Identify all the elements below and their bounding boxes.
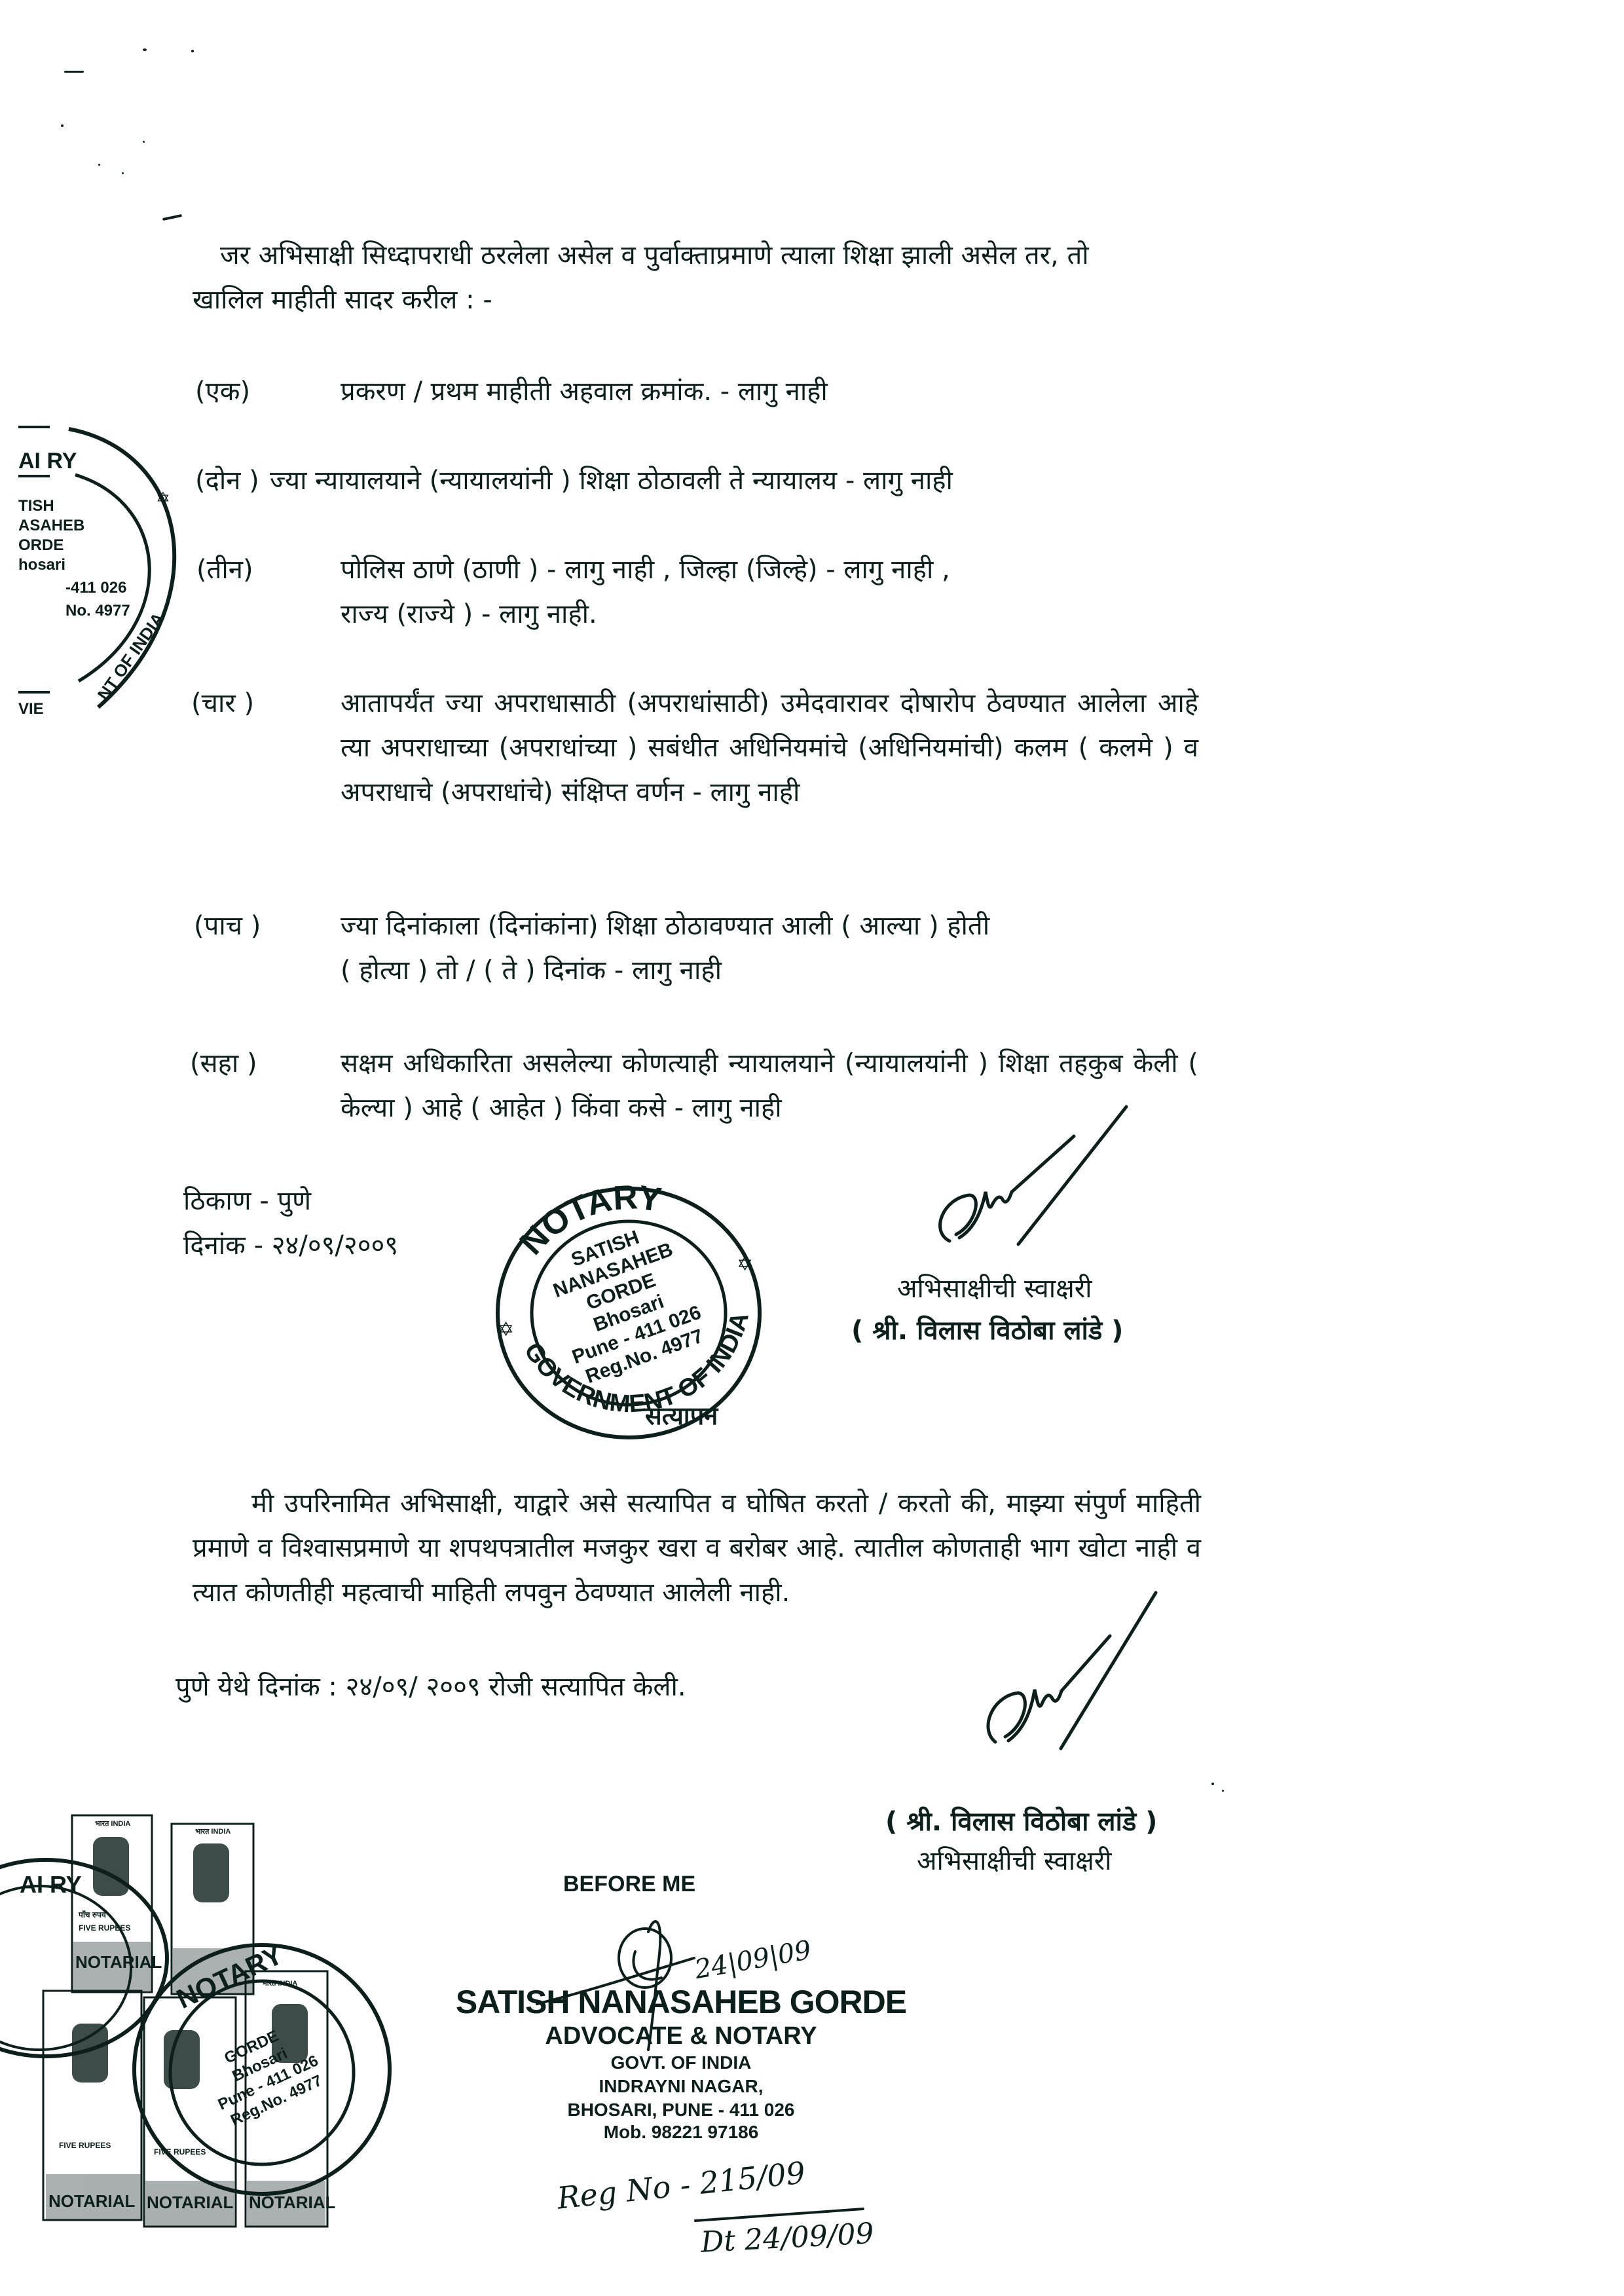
seal-fragment-text: AI RY [18,449,77,473]
clause-text-line-2: राज्य (राज्ये ) - लागु नाही. [341,592,597,637]
intro-line-2: खालिल माहीती सादर करील : - [193,278,492,322]
clause-text: प्रकरण / प्रथम माहीती अहवाल क्रमांक. - ल… [341,369,828,414]
clause-text: आतापर्यंत ज्या अपराधासाठी (अपराधांसाठी) … [341,681,1198,815]
stamp-type: NOTARIAL [75,1952,162,1972]
notary-govt: GOVT. OF INDIA [445,2052,917,2073]
deponent-signature-1 [904,1087,1179,1284]
clause-text-line-2: ( होत्या ) तो / ( ते ) दिनांक - लागु नाह… [341,948,722,993]
stamp-type: NOTARIAL [147,2193,234,2212]
stamp-country: भारत INDIA [195,1828,231,1836]
before-me-label: BEFORE ME [563,1872,695,1897]
verification-heading: सत्यापन [645,1394,718,1438]
stamp-value: FIVE RUPEES [79,1923,130,1933]
deponent-name: ( श्री. विलास विठोबा लांडे ) [851,1308,1123,1353]
clause-text: ज्या न्यायालयाने (न्यायालयांनी ) शिक्षा … [270,458,953,503]
signature-caption: अभिसाक्षीची स्वाक्षरी [917,1839,1112,1883]
clause-text-line-1: पोलिस ठाणे (ठाणी ) - लागु नाही , जिल्हा … [341,547,950,592]
seal-fragment-text: -411 026 [65,579,126,597]
notary-address-2: BHOSARI, PUNE - 411 026 [445,2100,917,2120]
notary-seal-main: NOTARY GOVERNMENT OF INDIA SATISH NANASA… [471,1172,786,1447]
notary-name: SATISH NANASAHEB GORDE [445,1983,917,2021]
seal-fragment-text: VIE [18,700,44,718]
registration-date: Dt 24/09/09 [700,2217,875,2259]
notary-mobile: Mob. 98221 97186 [445,2122,917,2143]
seal-fragment-text: No. 4977 [65,602,130,620]
notary-address-1: INDRAYNI NAGAR, [445,2076,917,2097]
stamp-value: पाँच रुपये [78,1910,107,1919]
intro-line-1: जर अभिसाक्षी सिध्दापराधी ठरलेला असेल व प… [220,233,1089,278]
deponent-name: ( श्री. विलास विठोबा लांडे ) [885,1800,1157,1844]
stamp-country: भारत INDIA [95,1820,130,1828]
registration-number: Reg No - 215/09 [555,2155,807,2215]
date-label: दिनांक - २४/०९/२००९ [183,1223,398,1268]
clause-label: (पाच ) [194,904,261,948]
place-label: ठिकाण - पुणे [183,1179,311,1223]
overlap-seal-text: AI RY [20,1871,82,1898]
verification-closing: पुणे येथे दिनांक : २४/०९/ २००९ रोजी सत्य… [175,1665,686,1709]
clause-text-line-1: ज्या दिनांकाला (दिनांकांना) शिक्षा ठोठाव… [341,904,989,948]
left-seal-fragment: AI RY TISH ASAHEB ORDE hosari -411 026 N… [0,406,216,720]
deponent-signature-2 [969,1591,1192,1788]
signature-caption: अभिसाक्षीची स्वाक्षरी [897,1267,1092,1311]
notary-title: ADVOCATE & NOTARY [445,2022,917,2050]
seal-fragment-text: hosari [18,556,65,574]
stamp-value: FIVE RUPEES [59,2141,111,2150]
star-icon: ✡ [156,489,170,509]
star-icon: ✡ [498,1318,514,1341]
seal-fragment-text: ORDE [18,536,64,554]
seal-fragment-arc-text: NT OF INDIA [94,609,168,704]
clause-label: (सहा ) [190,1041,257,1086]
stamp-type: NOTARIAL [48,2191,136,2211]
seal-fragment-text: ASAHEB [18,517,84,534]
star-icon: ✡ [737,1253,753,1276]
seal-fragment-text: TISH [18,497,54,515]
